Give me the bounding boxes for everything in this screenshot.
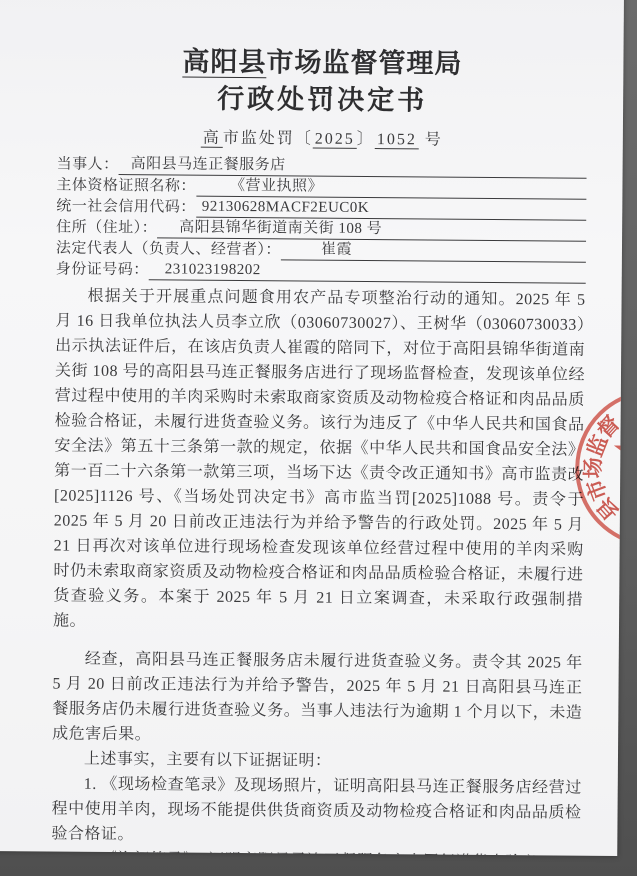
- document-title: 行政处罚决定书: [57, 81, 587, 119]
- doc-number-serial: 1052: [375, 131, 419, 149]
- field-value: 92130628MACF2EUC0K: [196, 198, 587, 221]
- document-page: 高阳县市场监督管理局 行政处罚决定书 高市监处罚〔2025〕1052 号 当事人…: [0, 0, 624, 856]
- field-label: 统一社会信用代码：: [56, 198, 196, 218]
- field-row-license-name: 主体资格证照名称： 《营业执照》: [56, 175, 586, 200]
- field-row-party: 当事人： 高阳县马连正餐服务店: [57, 154, 587, 179]
- party-info-fields: 当事人： 高阳县马连正餐服务店 主体资格证照名称： 《营业执照》 统一社会信用代…: [56, 154, 587, 284]
- body-paragraph-evidence-1: 1. 《现场检查笔录》及现场照片，证明高阳县马连正餐服务店经营过程中使用羊肉，现…: [51, 772, 582, 851]
- field-row-legal-representative: 法定代表人（负责人、经营者）： 崔霞: [56, 238, 586, 263]
- field-row-id-number: 身份证号码： 231023198202: [56, 259, 586, 284]
- decision-body: 根据关于开展重点问题食用农产品专项整治行动的通知。2025 年 5 月 16 日…: [51, 284, 586, 856]
- field-label: 法定代表人（负责人、经营者）：: [56, 240, 281, 261]
- doc-number-bracket: 〕: [357, 131, 375, 148]
- field-value: 高阳县马连正餐服务店: [119, 155, 587, 179]
- body-paragraph-findings: 经查，高阳县马连正餐服务店未履行进货查验义务。责令其 2025 年 5 月 20…: [52, 647, 583, 751]
- field-value: 崔霞: [281, 240, 586, 262]
- field-label: 住所（住址）：: [56, 219, 157, 239]
- agency-title: 高阳县市场监督管理局: [57, 44, 587, 82]
- field-label: 身份证号码：: [56, 261, 149, 281]
- field-row-address: 住所（住址）： 高阳县锦华街道南关街 108 号: [56, 217, 586, 242]
- agency-name-filled: 高阳县: [182, 47, 266, 79]
- field-value: 高阳县锦华街道南关街 108 号: [157, 218, 586, 241]
- field-row-credit-code: 统一社会信用代码： 92130628MACF2EUC0K: [56, 196, 586, 221]
- field-value: 231023198202: [149, 260, 586, 283]
- doc-number-unit: 号: [425, 131, 443, 148]
- doc-number-year: 2025: [313, 131, 357, 149]
- field-label: 主体资格证照名称：: [56, 177, 196, 197]
- field-label: 当事人：: [57, 156, 119, 175]
- agency-name-rest: 市场监督管理局: [266, 47, 462, 79]
- doc-number-org: 高: [201, 130, 223, 148]
- body-paragraph-facts: 根据关于开展重点问题食用农产品专项整治行动的通知。2025 年 5 月 16 日…: [53, 284, 586, 638]
- doc-number-label: 市监处罚〔: [223, 130, 313, 148]
- field-value: 《营业执照》: [196, 177, 587, 200]
- document-content: 高阳县市场监督管理局 行政处罚决定书 高市监处罚〔2025〕1052 号 当事人…: [0, 0, 624, 856]
- scanned-document-view: { "page": { "scan_bed_color": "#5e5e5e",…: [0, 0, 637, 876]
- document-number: 高市监处罚〔2025〕1052 号: [57, 124, 587, 151]
